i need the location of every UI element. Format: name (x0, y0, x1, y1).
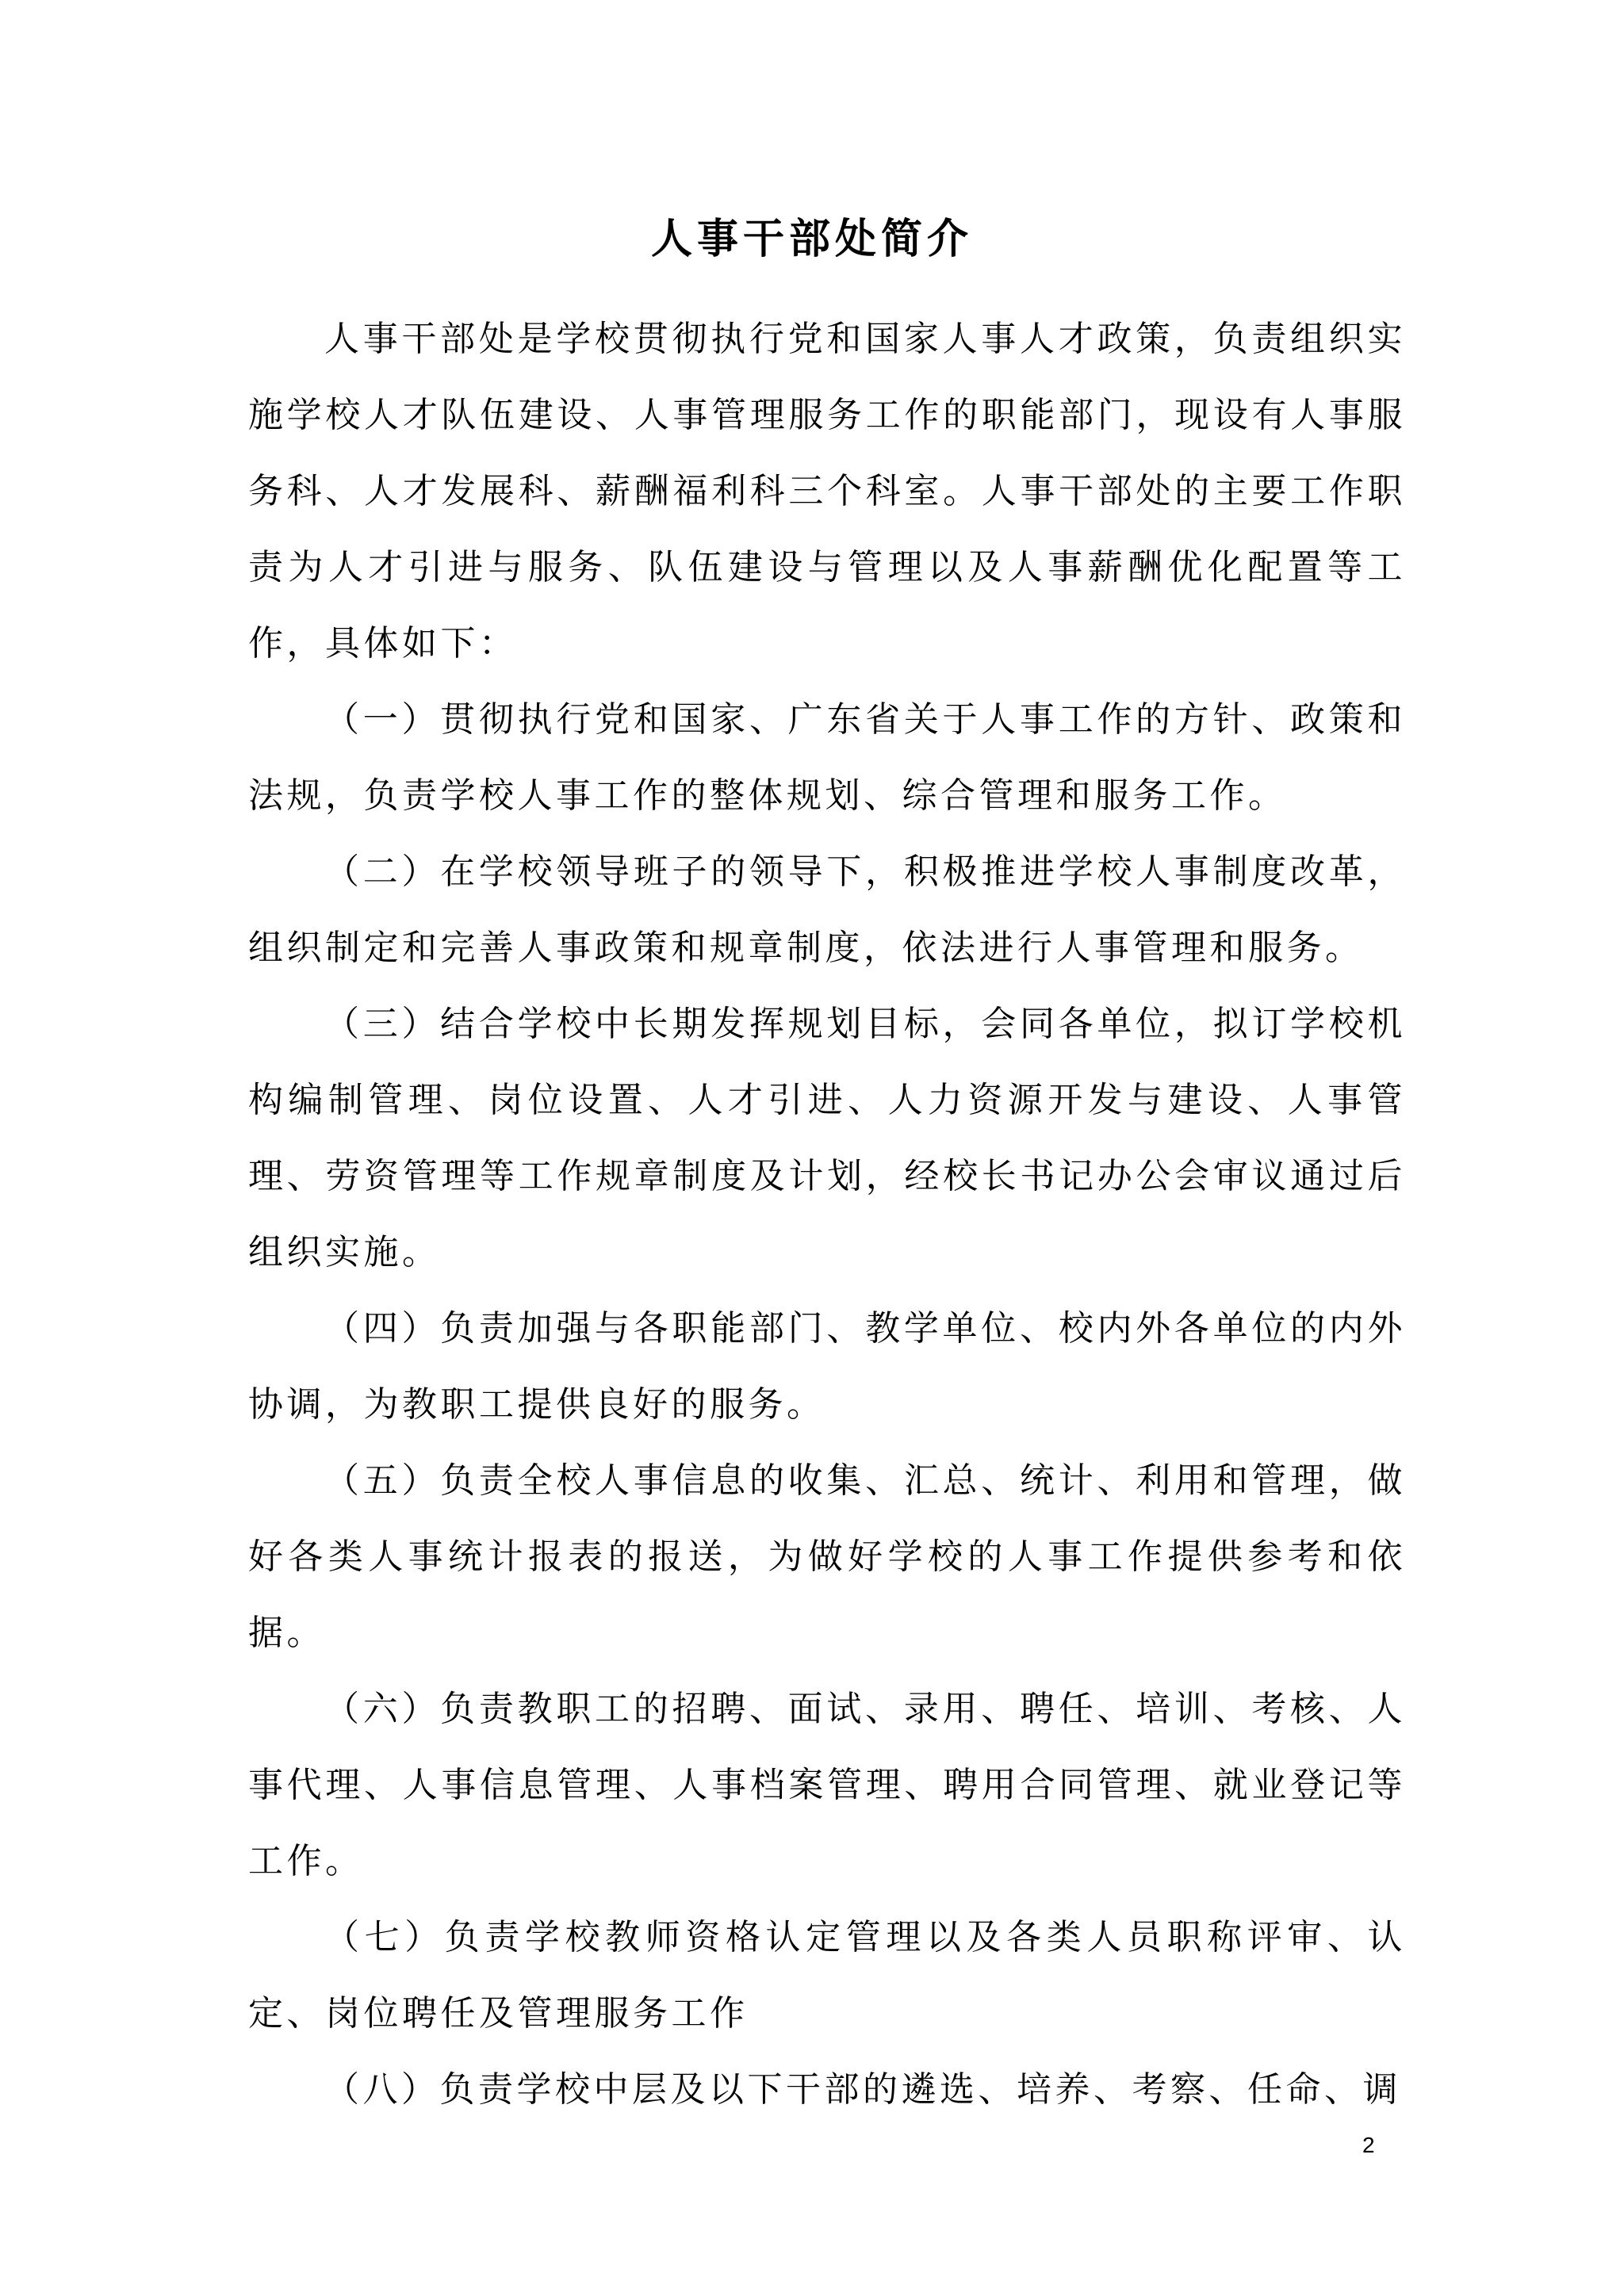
document-page: 人事干部处简介 人事干部处是学校贯彻执行党和国家人事人才政策，负责组织实施学校人… (0, 0, 1624, 2296)
page-number: 2 (1362, 2133, 1375, 2158)
duty-item-7: （七）负责学校教师资格认定管理以及各类人员职称评审、认定、岗位聘任及管理服务工作 (248, 1900, 1406, 2052)
document-title: 人事干部处简介 (0, 208, 1624, 271)
duty-item-6: （六）负责教职工的招聘、面试、录用、聘任、培训、考核、人事代理、人事信息管理、人… (248, 1671, 1406, 1900)
intro-paragraph: 人事干部处是学校贯彻执行党和国家人事人才政策，负责组织实施学校人才队伍建设、人事… (248, 301, 1406, 682)
duty-item-1: （一）贯彻执行党和国家、广东省关于人事工作的方针、政策和法规，负责学校人事工作的… (248, 682, 1406, 834)
duty-item-4: （四）负责加强与各职能部门、教学单位、校内外各单位的内外协调，为教职工提供良好的… (248, 1291, 1406, 1443)
duty-item-2: （二）在学校领导班子的领导下，积极推进学校人事制度改革，组织制定和完善人事政策和… (248, 834, 1406, 986)
duty-item-5: （五）负责全校人事信息的收集、汇总、统计、利用和管理，做好各类人事统计报表的报送… (248, 1443, 1406, 1671)
document-body: 人事干部处是学校贯彻执行党和国家人事人才政策，负责组织实施学校人才队伍建设、人事… (248, 301, 1406, 2128)
duty-item-3: （三）结合学校中长期发挥规划目标，会同各单位，拟订学校机构编制管理、岗位设置、人… (248, 986, 1406, 1291)
duty-item-8: （八）负责学校中层及以下干部的遴选、培养、考察、任命、调 (248, 2052, 1406, 2128)
